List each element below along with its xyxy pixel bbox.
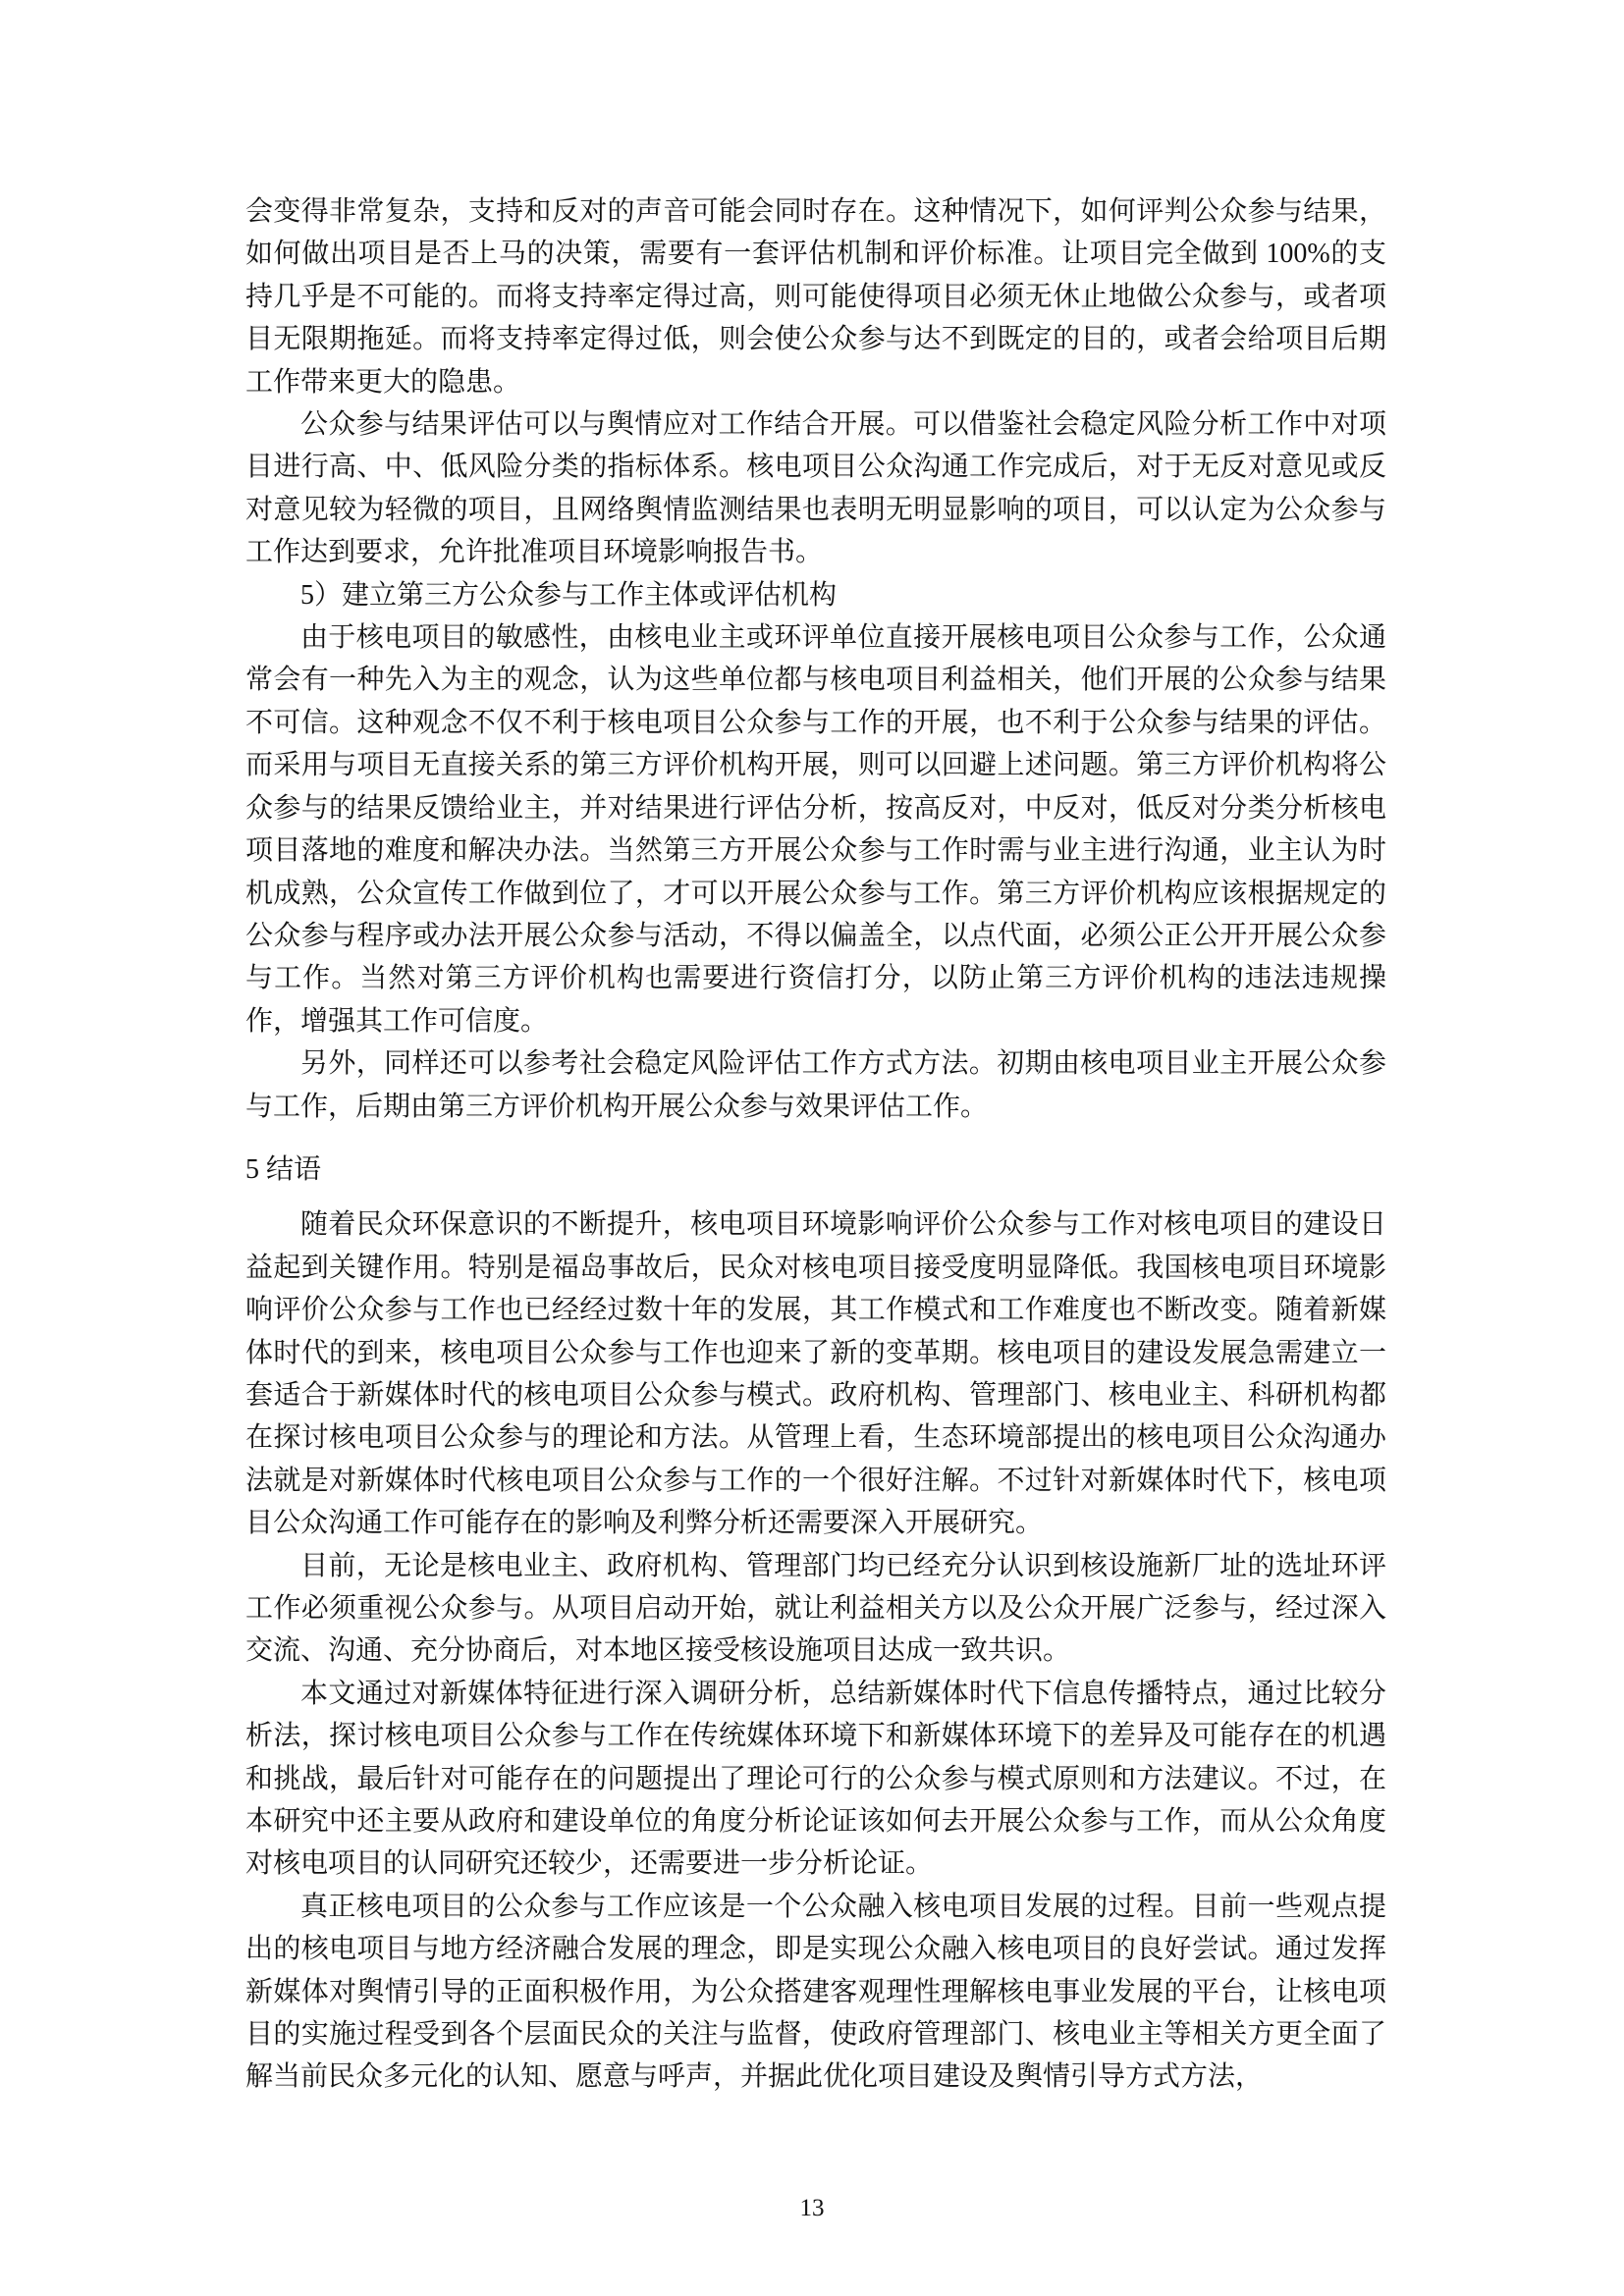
body-text: 会变得非常复杂，支持和反对的声音可能会同时存在。这种情况下，如何评判公众参与结果… [245, 190, 1386, 2099]
paragraph: 随着民众环保意识的不断提升，核电项目环境影响评价公众参与工作对核电项目的建设日益… [245, 1203, 1386, 1544]
paragraph: 真正核电项目的公众参与工作应该是一个公众融入核电项目发展的过程。目前一些观点提出… [245, 1886, 1386, 2099]
page-number: 13 [0, 2195, 1624, 2222]
paragraph: 由于核电项目的敏感性，由核电业主或环评单位直接开展核电项目公众参与工作，公众通常… [245, 616, 1386, 1042]
paragraph: 本文通过对新媒体特征进行深入调研分析，总结新媒体时代下信息传播特点，通过比较分析… [245, 1673, 1386, 1886]
numbered-list-item: 5）建立第三方公众参与工作主体或评估机构 [245, 574, 1386, 616]
paragraph: 公众参与结果评估可以与舆情应对工作结合开展。可以借鉴社会稳定风险分析工作中对项目… [245, 403, 1386, 574]
paragraph: 目前，无论是核电业主、政府机构、管理部门均已经充分认识到核设施新厂址的选址环评工… [245, 1545, 1386, 1673]
paragraph: 另外，同样还可以参考社会稳定风险评估工作方式方法。初期由核电项目业主开展公众参与… [245, 1042, 1386, 1128]
section-heading: 5 结语 [245, 1148, 1386, 1191]
paragraph: 会变得非常复杂，支持和反对的声音可能会同时存在。这种情况下，如何评判公众参与结果… [245, 190, 1386, 403]
document-page: 会变得非常复杂，支持和反对的声音可能会同时存在。这种情况下，如何评判公众参与结果… [0, 0, 1624, 2296]
